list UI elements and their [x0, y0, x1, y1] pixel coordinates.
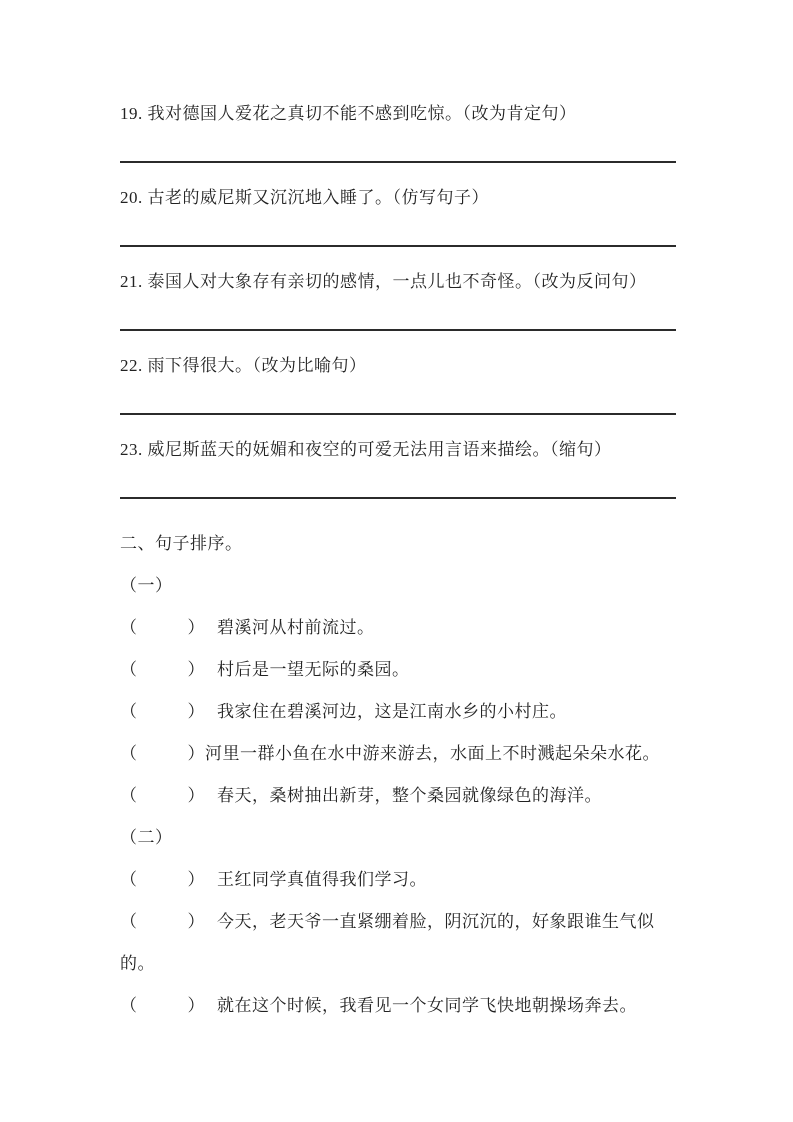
bracket-open: （: [120, 870, 138, 889]
bracket-close: ）: [188, 660, 206, 679]
order-item-text: 村后是一望无际的桑园。: [217, 660, 410, 679]
section-heading: 二、句子排序。: [120, 523, 676, 565]
group-one-label: （一）: [120, 565, 676, 607]
order-item: （）村后是一望无际的桑园。: [120, 649, 676, 691]
group-two-label: （二）: [120, 817, 676, 859]
bracket-open: （: [120, 660, 138, 679]
order-item-text: 我家住在碧溪河边，这是江南水乡的小村庄。: [217, 702, 567, 721]
bracket-open: （: [120, 744, 138, 763]
order-item: （）就在这个时候，我看见一个女同学飞快地朝操场奔去。: [120, 985, 676, 1027]
bracket-close: ）: [188, 870, 206, 889]
order-item: （）我家住在碧溪河边，这是江南水乡的小村庄。: [120, 691, 676, 733]
bracket-open: （: [120, 618, 138, 637]
question-text: 23. 威尼斯蓝天的妩媚和夜空的可爱无法用言语来描绘。（缩句）: [120, 439, 676, 461]
bracket-open: （: [120, 702, 138, 721]
question-21: 21. 泰国人对大象存有亲切的感情，一点儿也不奇怪。（改为反问句）: [120, 271, 676, 331]
order-item-text: 春天，桑树抽出新芽，整个桑园就像绿色的海洋。: [217, 786, 602, 805]
order-item-text: 河里一群小鱼在水中游来游去，水面上不时溅起朵朵水花。: [205, 744, 660, 763]
answer-line: [120, 329, 676, 331]
questions-section: 19. 我对德国人爱花之真切不能不感到吃惊。（改为肯定句） 20. 古老的威尼斯…: [120, 103, 676, 499]
order-item: （）春天，桑树抽出新芽，整个桑园就像绿色的海洋。: [120, 775, 676, 817]
answer-line: [120, 497, 676, 499]
bracket-open: （: [120, 786, 138, 805]
order-item: （）王红同学真值得我们学习。: [120, 859, 676, 901]
order-item-text: 碧溪河从村前流过。: [217, 618, 375, 637]
order-item: （）今天，老天爷一直紧绷着脸，阴沉沉的，好象跟谁生气似的。: [120, 901, 676, 985]
bracket-close: ）: [188, 786, 206, 805]
order-item: （）河里一群小鱼在水中游来游去，水面上不时溅起朵朵水花。: [120, 733, 676, 775]
worksheet-page: 19. 我对德国人爱花之真切不能不感到吃惊。（改为肯定句） 20. 古老的威尼斯…: [0, 0, 793, 1122]
order-item-text: 王红同学真值得我们学习。: [217, 870, 427, 889]
question-text: 22. 雨下得很大。（改为比喻句）: [120, 355, 676, 377]
order-item-text: 就在这个时候，我看见一个女同学飞快地朝操场奔去。: [217, 996, 637, 1015]
order-item: （）碧溪河从村前流过。: [120, 607, 676, 649]
answer-line: [120, 413, 676, 415]
bracket-close: ）: [188, 618, 206, 637]
bracket-close: ）: [188, 702, 206, 721]
answer-line: [120, 245, 676, 247]
question-text: 21. 泰国人对大象存有亲切的感情，一点儿也不奇怪。（改为反问句）: [120, 271, 676, 293]
bracket-open: （: [120, 996, 138, 1015]
bracket-open: （: [120, 912, 138, 931]
question-text: 20. 古老的威尼斯又沉沉地入睡了。（仿写句子）: [120, 187, 676, 209]
question-20: 20. 古老的威尼斯又沉沉地入睡了。（仿写句子）: [120, 187, 676, 247]
ordering-section: 二、句子排序。 （一） （）碧溪河从村前流过。 （）村后是一望无际的桑园。 （）…: [120, 523, 676, 1027]
answer-line: [120, 161, 676, 163]
question-22: 22. 雨下得很大。（改为比喻句）: [120, 355, 676, 415]
question-19: 19. 我对德国人爱花之真切不能不感到吃惊。（改为肯定句）: [120, 103, 676, 163]
question-text: 19. 我对德国人爱花之真切不能不感到吃惊。（改为肯定句）: [120, 103, 676, 125]
bracket-close: ）: [188, 744, 206, 763]
bracket-close: ）: [188, 996, 206, 1015]
question-23: 23. 威尼斯蓝天的妩媚和夜空的可爱无法用言语来描绘。（缩句）: [120, 439, 676, 499]
bracket-close: ）: [188, 912, 206, 931]
